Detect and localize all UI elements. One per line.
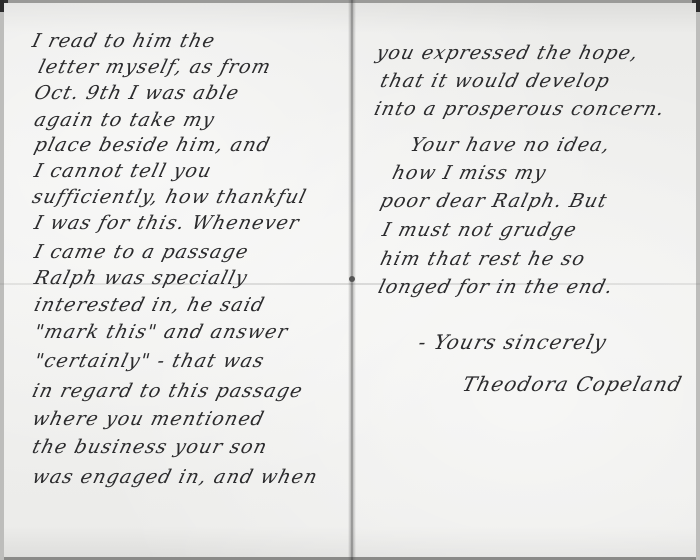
letter-scan: I read to him the letter myself, as from… <box>0 0 700 560</box>
left-line-13: "certainly" - that was <box>32 350 267 372</box>
left-line-5: place beside him, and <box>32 134 273 156</box>
right-line-8: him that rest he so <box>378 248 588 270</box>
left-line-3: Oct. 9th I was able <box>32 82 242 104</box>
left-line-17: was engaged in, and when <box>30 466 320 488</box>
right-line-4: Your have no idea, <box>408 134 613 156</box>
right-line-7: I must not grudge <box>380 219 580 241</box>
fold-pinhole <box>349 276 355 282</box>
left-line-4: again to take my <box>32 109 217 131</box>
left-line-1: I read to him the <box>30 30 218 52</box>
left-line-2: letter myself, as from <box>36 56 274 78</box>
left-line-12: "mark this" and answer <box>32 321 291 343</box>
left-line-6: I cannot tell you <box>32 160 214 182</box>
left-line-9: I came to a passage <box>32 241 251 263</box>
left-line-8: I was for this. Whenever <box>32 212 302 234</box>
left-line-7: sufficiently, how thankful <box>30 186 309 208</box>
right-line-9: longed for in the end. <box>376 276 616 298</box>
left-line-11: interested in, he said <box>32 294 267 316</box>
left-line-16: the business your son <box>30 436 270 458</box>
left-line-10: Ralph was specially <box>32 267 250 289</box>
right-line-5: how I miss my <box>390 162 549 184</box>
right-line-1: you expressed the hope, <box>374 42 641 64</box>
right-page: you expressed the hope, that it would de… <box>356 0 700 560</box>
signature: Theodora Copeland <box>460 372 685 396</box>
left-page: I read to him the letter myself, as from… <box>0 0 348 560</box>
closing-salutation: - Yours sincerely <box>416 330 610 354</box>
left-line-15: where you mentioned <box>30 408 267 430</box>
right-line-2: that it would develop <box>378 70 613 92</box>
right-line-6: poor dear Ralph. But <box>378 190 610 212</box>
right-line-3: into a prosperous concern. <box>372 98 667 120</box>
left-line-14: in regard to this passage <box>30 380 306 402</box>
